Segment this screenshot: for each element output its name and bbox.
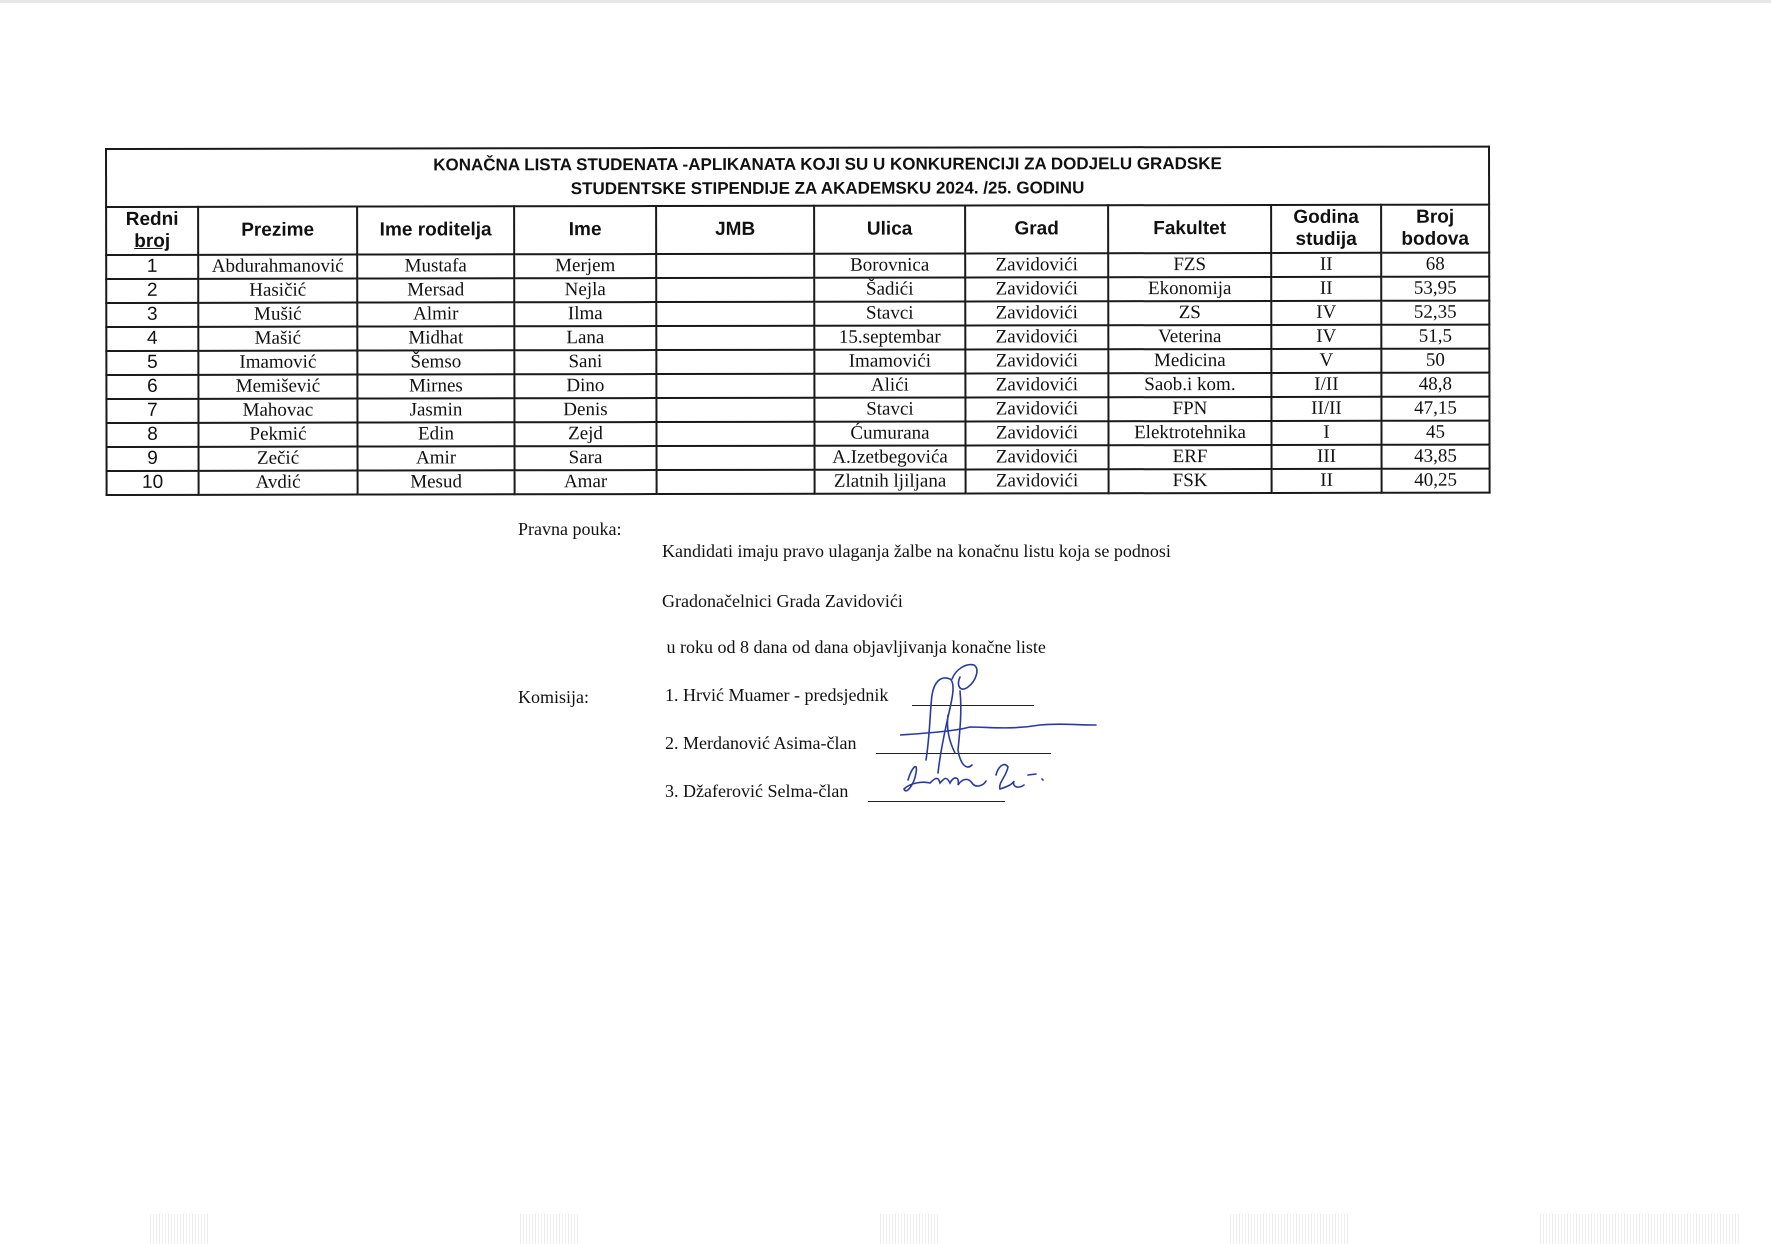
legal-notice-label: Pravna pouka: [518,519,621,540]
cell-prezime: Mahovac [198,399,357,423]
cell-ime-roditelja: Almir [357,302,514,326]
cell-rb: 3 [106,303,198,327]
cell-ime: Amar [515,470,657,494]
cell-prezime: Imamović [198,351,357,375]
table-row: 6MemiševićMirnesDinoAlićiZavidovićiSaob.… [106,373,1489,399]
cell-ime-roditelja: Mersad [357,278,514,302]
cell-grad: Zavidovići [965,301,1108,325]
cell-ulica: A.Izetbegovića [815,445,966,469]
cell-godina: II [1271,253,1381,277]
cell-rb: 7 [106,399,198,423]
cell-ime-roditelja: Amir [358,446,515,470]
cell-grad: Zavidovići [965,277,1108,301]
cell-grad: Zavidovići [965,349,1108,373]
header-ime-roditelja: Ime roditelja [357,206,514,254]
cell-rb: 2 [106,279,198,303]
scan-artifact [520,1214,580,1244]
cell-grad: Zavidovići [965,253,1108,277]
cell-fakultet: ZS [1108,301,1271,325]
cell-jmb [657,470,815,494]
header-redni-broj: Rednibroj [106,207,198,255]
cell-ulica: Stavci [814,301,965,325]
legal-notice-line-1: Kandidati imaju pravo ulaganja žalbe na … [662,541,1171,562]
cell-ime: Zejd [514,422,656,446]
header-jmb: JMB [656,206,814,254]
table-row: 7MahovacJasminDenisStavciZavidovićiFPNII… [106,397,1489,423]
cell-prezime: Mušić [198,303,357,327]
cell-prezime: Zečić [199,447,358,471]
header-ulica: Ulica [814,205,965,253]
cell-bodovi: 68 [1381,253,1489,277]
cell-rb: 10 [107,471,199,495]
table-row: 2HasičićMersadNejlaŠadićiZavidovićiEkono… [106,277,1489,303]
cell-ulica: Alići [814,373,965,397]
cell-ime-roditelja: Midhat [357,326,514,350]
cell-grad: Zavidovići [965,373,1108,397]
cell-ime-roditelja: Edin [357,422,514,446]
cell-godina: IV [1271,301,1381,325]
handwritten-signatures [900,655,1100,815]
cell-fakultet: FSK [1109,469,1272,493]
header-broj-bodova: Brojbodova [1381,205,1489,253]
cell-bodovi: 45 [1381,421,1489,445]
table-row: 5ImamovićŠemsoSaniImamovićiZavidovićiMed… [106,349,1489,375]
cell-fakultet: FPN [1108,397,1271,421]
cell-ime-roditelja: Šemso [357,350,514,374]
cell-godina: I/II [1271,373,1381,397]
cell-godina: III [1272,445,1382,469]
commission-member-3: 3. Džaferović Selma-član [665,781,848,802]
cell-ime: Nejla [514,278,656,302]
cell-ulica: Imamovići [814,349,965,373]
header-prezime: Prezime [198,207,357,255]
cell-rb: 4 [106,327,198,351]
cell-jmb [657,446,815,470]
cell-bodovi: 52,35 [1381,301,1489,325]
cell-bodovi: 51,5 [1381,325,1489,349]
cell-jmb [656,374,814,398]
commission-member-1: 1. Hrvić Muamer - predsjednik [665,685,888,706]
cell-grad: Zavidovići [966,445,1109,469]
cell-ime-roditelja: Mirnes [357,374,514,398]
cell-ulica: Ćumurana [814,421,965,445]
signature-strokes [900,665,1096,791]
header-godina-studija: Godinastudija [1271,205,1381,253]
table-row: 1AbdurahmanovićMustafaMerjemBorovnicaZav… [106,253,1489,279]
cell-ime-roditelja: Mesud [358,470,515,494]
cell-jmb [656,326,814,350]
cell-bodovi: 53,95 [1381,277,1489,301]
cell-fakultet: ERF [1109,445,1272,469]
cell-rb: 9 [107,447,199,471]
cell-grad: Zavidovići [965,421,1108,445]
cell-prezime: Hasičić [198,279,357,303]
cell-rb: 5 [106,351,198,375]
cell-ime: Ilma [514,302,656,326]
cell-rb: 6 [106,375,198,399]
scan-artifact [150,1214,210,1244]
cell-ime: Sani [514,350,656,374]
cell-ime-roditelja: Jasmin [357,398,514,422]
cell-prezime: Avdić [199,471,358,495]
cell-ulica: Stavci [814,397,965,421]
table-row: 3MušićAlmirIlmaStavciZavidovićiZSIV52,35 [106,301,1489,327]
cell-rb: 8 [106,423,198,447]
header-ime: Ime [514,206,656,254]
table-row: 8PekmićEdinZejdĆumuranaZavidovićiElektro… [106,421,1489,447]
cell-prezime: Abdurahmanović [198,255,357,279]
cell-jmb [656,278,814,302]
cell-fakultet: Veterina [1108,325,1271,349]
cell-godina: II [1271,277,1381,301]
cell-jmb [656,398,814,422]
cell-grad: Zavidovići [965,397,1108,421]
cell-godina: II/II [1271,397,1381,421]
scan-top-edge [0,0,1771,3]
cell-ulica: Šadići [814,277,965,301]
cell-godina: II [1272,469,1382,493]
cell-prezime: Pekmić [198,423,357,447]
cell-fakultet: Saob.i kom. [1108,373,1271,397]
cell-fakultet: Medicina [1108,349,1271,373]
cell-prezime: Memišević [198,375,357,399]
table-row: 10AvdićMesudAmarZlatnih ljiljanaZavidovi… [107,469,1490,495]
commission-label: Komisija: [518,687,589,708]
cell-bodovi: 40,25 [1382,469,1490,493]
scan-artifact [880,1214,940,1244]
cell-rb: 1 [106,255,198,279]
cell-godina: I [1271,421,1381,445]
cell-grad: Zavidovići [965,325,1108,349]
cell-ime: Dino [514,374,656,398]
cell-jmb [656,422,814,446]
cell-godina: V [1271,349,1381,373]
legal-notice-line-2: Gradonačelnici Grada Zavidovići [662,591,903,612]
cell-bodovi: 43,85 [1382,445,1490,469]
scan-artifact [1230,1214,1350,1244]
cell-ulica: 15.septembar [814,325,965,349]
table-row: 4MašićMidhatLana15.septembarZavidovićiVe… [106,325,1489,351]
scan-artifact [1540,1214,1740,1244]
cell-bodovi: 50 [1381,349,1489,373]
title-line-2: STUDENTSKE STIPENDIJE ZA AKADEMSKU 2024.… [107,176,1488,202]
cell-ime: Merjem [514,254,656,278]
table-header-row: Rednibroj Prezime Ime roditelja Ime JMB … [106,205,1489,255]
commission-member-2: 2. Merdanović Asima-član [665,733,856,754]
cell-fakultet: FZS [1108,253,1271,277]
title-line-1: KONAČNA LISTA STUDENATA -APLIKANATA KOJI… [107,152,1488,178]
cell-jmb [656,350,814,374]
cell-prezime: Mašić [198,327,357,351]
header-grad: Grad [965,205,1108,253]
cell-ulica: Zlatnih ljiljana [815,469,966,493]
cell-godina: IV [1271,325,1381,349]
cell-bodovi: 48,8 [1381,373,1489,397]
cell-jmb [656,302,814,326]
cell-ime: Lana [514,326,656,350]
cell-ulica: Borovnica [814,253,965,277]
cell-bodovi: 47,15 [1381,397,1489,421]
cell-jmb [656,254,814,278]
header-fakultet: Fakultet [1108,205,1271,253]
cell-ime-roditelja: Mustafa [357,254,514,278]
cell-ime: Sara [515,446,657,470]
cell-fakultet: Ekonomija [1108,277,1271,301]
table-row: 9ZečićAmirSaraA.IzetbegovićaZavidovićiER… [107,445,1490,471]
scholarship-list-table: KONAČNA LISTA STUDENATA -APLIKANATA KOJI… [105,146,1491,496]
cell-ime: Denis [514,398,656,422]
cell-fakultet: Elektrotehnika [1108,421,1271,445]
document-title: KONAČNA LISTA STUDENATA -APLIKANATA KOJI… [106,147,1489,207]
cell-grad: Zavidovići [966,469,1109,493]
